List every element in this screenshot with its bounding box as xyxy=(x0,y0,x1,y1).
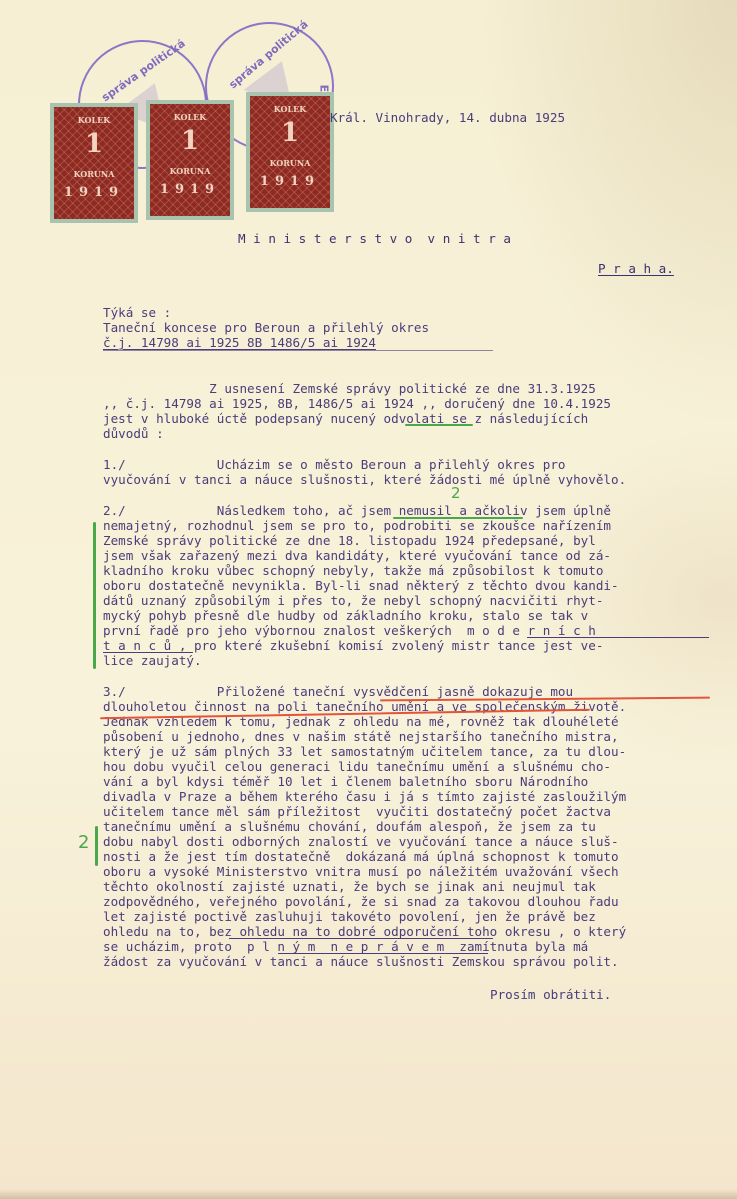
point2-line: dátů uznaný způsobilým i přes to, že neb… xyxy=(103,593,603,608)
point2-line: 2./ Následkem toho, ač jsem nemusil a ač… xyxy=(103,503,611,518)
point2-line: mycký pohyb přesně dle hudby od základní… xyxy=(103,608,588,623)
point3-line: učitelem tance měl sám příležitost vyuči… xyxy=(103,804,611,819)
green-underline-nemusil xyxy=(393,517,523,519)
point2-line: oboru dostatečně nevynikla. Byl-li snad … xyxy=(103,578,619,593)
subject-label: Týká se : xyxy=(103,305,171,320)
point3-line: nosti a že jest tím dostatečně dokázaná … xyxy=(103,849,619,864)
point3-line: zodpovědného, veřejného povolání, že si … xyxy=(103,894,619,909)
stamp-value: 1 xyxy=(54,129,134,159)
point3-line: působení u jednoho, dnes v našim státě n… xyxy=(103,729,619,744)
point2-line: Zemské správy politické ze dne 18. listo… xyxy=(103,533,596,548)
point3-line: tanečnímu umění a slušnému chování, douf… xyxy=(103,819,596,834)
addressee-city: P r a h a. xyxy=(598,261,674,276)
typed-underline xyxy=(103,350,493,351)
revenue-stamp-3: KOLEK 1 KORUNA 1919 xyxy=(246,92,334,212)
typed-underline xyxy=(103,652,193,653)
point2-line: nemajetný, rozhodnul jsem se pro to, pod… xyxy=(103,518,611,533)
point2-line: lice zaujatý. xyxy=(103,653,202,668)
point2-line: kladního kroku vůbec schopný nebyly, tak… xyxy=(103,563,603,578)
point3-line: žádost za vyučování v tanci a náuce sluš… xyxy=(103,954,619,969)
stamp-label: KOLEK xyxy=(54,115,134,125)
green-margin-bracket xyxy=(95,826,98,866)
typed-underline xyxy=(527,637,709,638)
green-margin-bracket xyxy=(93,522,96,669)
stamp-value: 1 xyxy=(250,118,330,148)
subject-line-1: Taneční koncese pro Beroun a přilehlý ok… xyxy=(103,320,429,335)
place-date: Král. Vinohrady, 14. dubna 1925 xyxy=(330,110,565,125)
point3-line: který je už sám plných 33 let samostatný… xyxy=(103,744,626,759)
margin-note-2: 2 xyxy=(451,484,461,502)
point3-line: ohledu na to, bez ohledu na to dobré odp… xyxy=(103,924,626,939)
intro-line: důvodů : xyxy=(103,426,164,441)
stamp-currency: KORUNA xyxy=(150,166,230,176)
stamp-currency: KORUNA xyxy=(250,158,330,168)
stamp-year: 1919 xyxy=(150,182,230,197)
typed-underline xyxy=(229,938,493,939)
margin-note-2: 2 xyxy=(78,832,89,853)
page-edge xyxy=(0,1189,737,1199)
intro-line: jest v hluboké úctě podepsaný nucený odv… xyxy=(103,411,588,426)
point3-line: let zajisté poctivě zasluhuji takovéto p… xyxy=(103,909,596,924)
turn-over-note: Prosím obrátiti. xyxy=(490,987,611,1002)
stamp-year: 1919 xyxy=(54,185,134,200)
point1-line: 1./ Ucházim se o město Beroun a přilehlý… xyxy=(103,457,566,472)
revenue-stamp-1: KOLEK 1 KORUNA 1919 xyxy=(50,103,138,223)
typed-underline xyxy=(278,953,488,954)
point3-line: hou dobu vyučil celou generaci lidu tane… xyxy=(103,759,611,774)
point2-line: t a n c ů , pro které zkušební komisí zv… xyxy=(103,638,603,653)
point3-line: divadla v Praze a během kterého času i j… xyxy=(103,789,626,804)
point2-line: jsem však zařazený mezi dva kandidáty, k… xyxy=(103,548,611,563)
point2-line: první řadě pro jeho výbornou znalost veš… xyxy=(103,623,596,638)
stamp-currency: KORUNA xyxy=(54,169,134,179)
intro-line: ,, č.j. 14798 ai 1925, 8B, 1486/5 ai 192… xyxy=(103,396,611,411)
intro-line: Z usnesení Zemské správy politické ze dn… xyxy=(103,381,596,396)
point3-line: 3./ Přiložené taneční vysvědčení jasně d… xyxy=(103,684,573,699)
revenue-stamp-2: KOLEK 1 KORUNA 1919 xyxy=(146,100,234,220)
stamp-label: KOLEK xyxy=(150,112,230,122)
point3-line: těchto okolností zajisté uznati, že bych… xyxy=(103,879,596,894)
stamp-label: KOLEK xyxy=(250,104,330,114)
point3-line: se ucházim, proto p l n ý m n e p r á v … xyxy=(103,939,588,954)
stamp-value: 1 xyxy=(150,126,230,156)
point3-line: dobu nabyl dosti odborných znalostí ve v… xyxy=(103,834,619,849)
subject-line-2: č.j. 14798 ai 1925 8B 1486/5 ai 1924 xyxy=(103,335,376,350)
addressee: M i n i s t e r s t v o v n i t r a xyxy=(238,231,511,246)
green-underline-odvolati xyxy=(405,424,473,426)
stamp-year: 1919 xyxy=(250,174,330,189)
point3-line: oboru a vysoké Ministerstvo vnitra musí … xyxy=(103,864,619,879)
point3-line: vání a byl kdysi téměř 10 let i členem b… xyxy=(103,774,588,789)
point1-line: vyučování v tanci a náuce slušnosti, kte… xyxy=(103,472,626,487)
document-page: správa politická E. správa politická E. … xyxy=(0,0,737,1199)
